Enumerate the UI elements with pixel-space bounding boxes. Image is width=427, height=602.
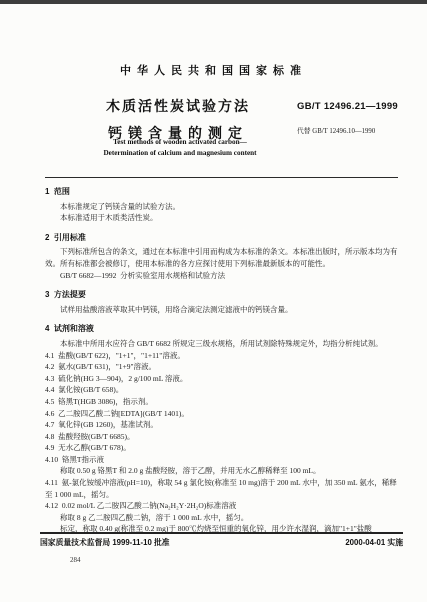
header-divider [45,177,398,178]
paragraph: 称取 0.50 g 铬黑T 和 2.0 g 盐酸羟胺，溶于乙醇，并用无水乙醇稀释… [45,465,398,477]
standard-code: GB/T 12496.21—1999 [297,101,417,112]
clause-item-4-11: 4.11 氨-氯化铵缓冲溶液(pH=10)，称取 54 g 氯化铵(称准至 10… [45,477,398,500]
clause-item-4-5: 4.5 铬黑T(HGB 3086)，指示剂。 [45,396,398,408]
approval-note: 国家质量技术监督局 1999-11-10 批准 [40,537,170,548]
paragraph: 本标准中所用水应符合 GB/T 6682 所规定三级水规格，所用试剂除特殊规定外… [45,338,398,350]
page-top-bar [0,0,427,4]
paragraph: 本标准规定了钙镁含量的试验方法。 [45,201,398,213]
standard-code-block: GB/T 12496.21—1999 代替 GB/T 12496.10—1990 [297,101,417,135]
clause-item-4-8: 4.8 盐酸羟胺(GB/T 6685)。 [45,431,398,443]
document-body: 1 范围 本标准规定了钙镁含量的试验方法。 本标准适用于木质类活性炭。 2 引用… [45,184,398,535]
clause-item-4-10: 4.10 铬黑T指示液 [45,454,398,466]
document-title-line1: 木质活性炭试验方法 [78,96,278,116]
page-number: 284 [70,556,81,564]
english-subtitle-block: Test methods of wooden activated carbon—… [55,137,305,159]
footer: 国家质量技术监督局 1999-11-10 批准 2000-04-01 实施 [40,537,403,548]
document-page: 中华人民共和国国家标准 木质活性炭试验方法 钙镁含量的测定 GB/T 12496… [0,0,427,602]
english-subtitle-line1: Test methods of wooden activated carbon— [55,137,305,148]
clause-item-4-2: 4.2 氨水(GB/T 631)，"1+9"溶液。 [45,361,398,373]
section-heading-method: 3 方法提要 [45,289,398,301]
section-heading-references: 2 引用标准 [45,232,398,244]
clause-item-4-7: 4.7 氧化锌(GB 1260)，基准试剂。 [45,419,398,431]
clause-item-4-6: 4.6 乙二胺四乙酸二钠[EDTA](GB/T 1401)。 [45,408,398,420]
replaces-note: 代替 GB/T 12496.10—1990 [297,125,417,135]
english-subtitle-line2: Determination of calcium and magnesium c… [55,148,305,159]
implementation-date: 2000-04-01 实施 [345,537,403,548]
footer-divider [40,532,403,534]
section-heading-scope: 1 范围 [45,186,398,198]
clause-item-4-4: 4.4 氯化铵(GB/T 658)。 [45,384,398,396]
clause-item-4-1: 4.1 盐酸(GB/T 622)，"1+1"，"1+11"溶液。 [45,350,398,362]
section-heading-reagents: 4 试剂和溶液 [45,323,398,335]
paragraph: 试样用盐酸溶液萃取其中钙镁，用络合滴定法测定滤液中的钙镁含量。 [45,304,398,316]
referenced-standard-line: GB/T 6682—1992 分析实验室用水规格和试验方法 [45,270,398,282]
paragraph: 称取 8 g 乙二胺四乙酸二钠，溶于 1 000 mL 水中，摇匀。 [45,512,398,524]
paragraph: 下列标准所包含的条文，通过在本标准中引用而构成为本标准的条文。本标准出版时，所示… [45,246,398,269]
clause-item-4-9: 4.9 无水乙醇(GB/T 678)。 [45,442,398,454]
paragraph: 本标准适用于木质类活性炭。 [45,212,398,224]
title-block: 木质活性炭试验方法 钙镁含量的测定 [78,96,278,143]
clause-item-4-12: 4.12 0.02 mol/L 乙二胺四乙酸二钠(Na₂H₂Y·2H₂O)标准溶… [45,500,398,512]
national-standard-label: 中华人民共和国国家标准 [0,62,427,78]
clause-item-4-3: 4.3 硫化钠(HG 3—904)，2 g/100 mL 溶液。 [45,373,398,385]
